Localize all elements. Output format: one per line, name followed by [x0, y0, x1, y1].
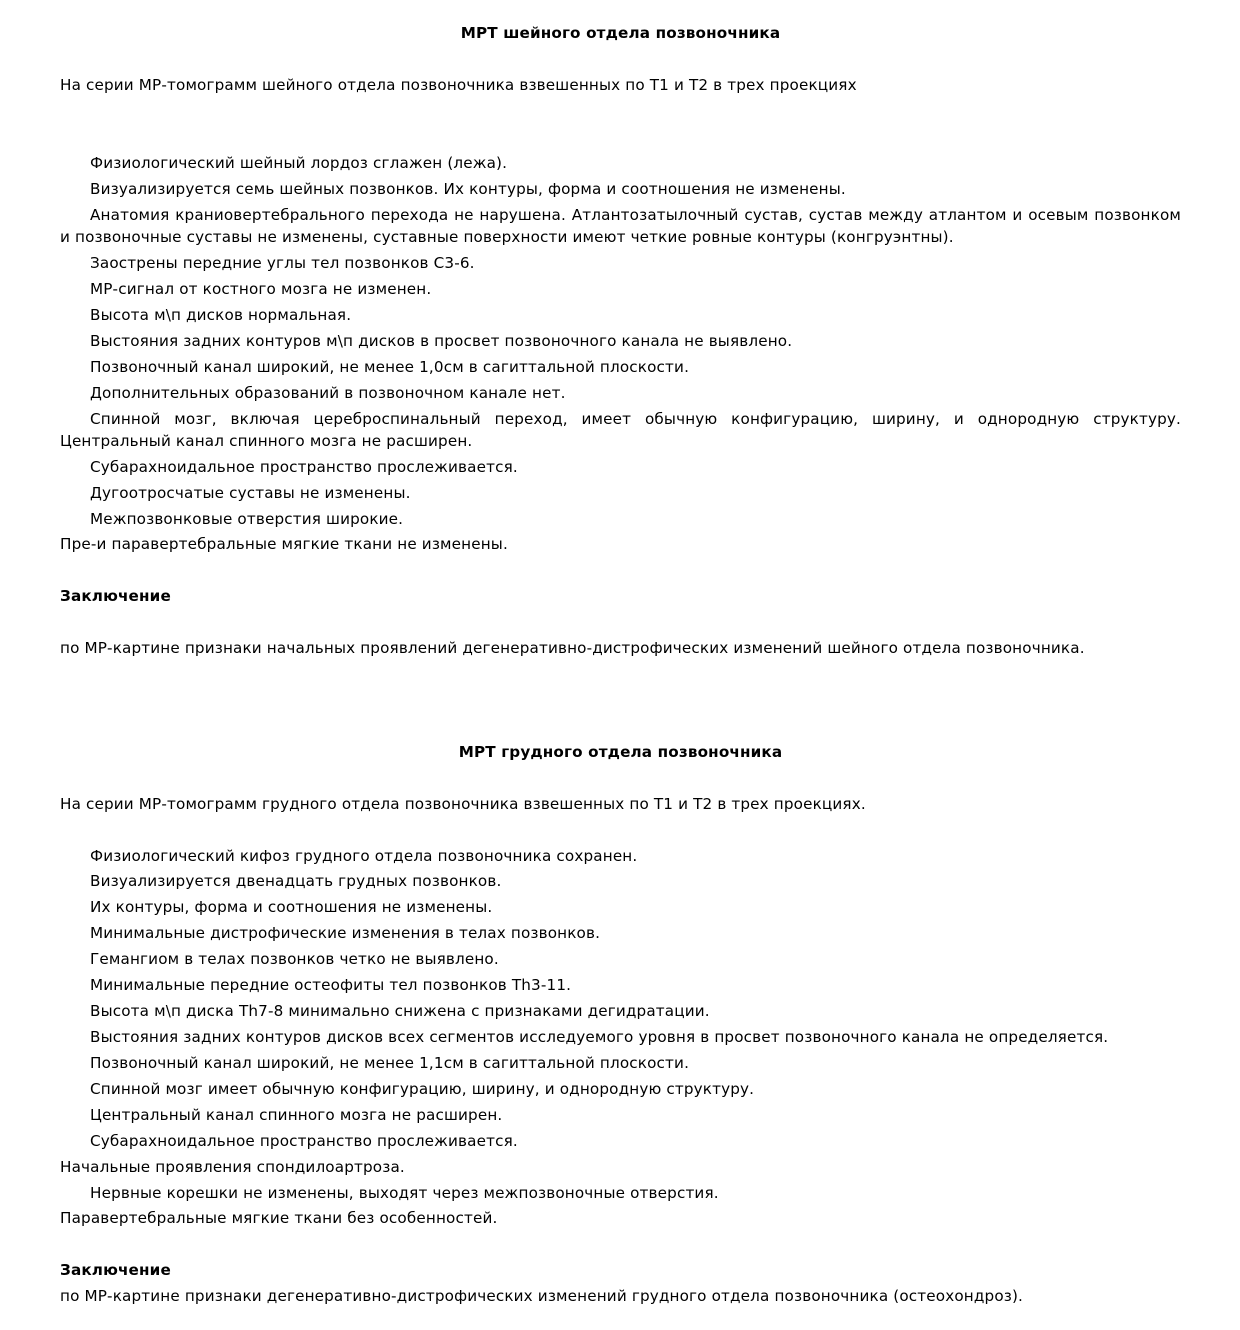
thoracic-finding: Нервные корешки не изменены, выходят чер… [90, 1183, 719, 1203]
thoracic-section-title: МРТ грудного отдела позвоночника [60, 742, 1181, 762]
cervical-finding: Дополнительных образований в позвоночном… [90, 383, 566, 403]
cervical-conclusion: по МР-картине признаки начальных проявле… [60, 638, 1085, 658]
thoracic-conclusion-label: Заключение [60, 1260, 171, 1280]
thoracic-finding: Минимальные передние остеофиты тел позво… [90, 975, 571, 995]
thoracic-conclusion: по МР-картине признаки дегенеративно-дис… [60, 1286, 1023, 1306]
thoracic-finding: Физиологический кифоз грудного отдела по… [90, 846, 637, 866]
thoracic-finding: Субарахноидальное пространство прослежив… [90, 1131, 518, 1151]
cervical-finding: Субарахноидальное пространство прослежив… [90, 457, 518, 477]
cervical-finding: Заострены передние углы тел позвонков С3… [90, 253, 475, 273]
cervical-finding: Высота м\п дисков нормальная. [90, 305, 351, 325]
thoracic-finding: Их контуры, форма и соотношения не измен… [90, 897, 492, 917]
thoracic-intro: На серии МР-томограмм грудного отдела по… [60, 794, 866, 814]
cervical-finding: Дугоотросчатые суставы не изменены. [90, 483, 411, 503]
thoracic-finding: Гемангиом в телах позвонков четко не выя… [90, 949, 499, 969]
thoracic-finding: Позвоночный канал широкий, не менее 1,1с… [90, 1053, 689, 1073]
cervical-intro: На серии МР-томограмм шейного отдела поз… [60, 75, 857, 95]
cervical-section-title: МРТ шейного отдела позвоночника [60, 23, 1181, 43]
cervical-finding: Анатомия краниовертебрального перехода н… [60, 204, 1181, 248]
cervical-finding: Межпозвонковые отверстия широкие. [90, 509, 403, 529]
thoracic-finding: Высота м\п диска Th7-8 минимально снижен… [90, 1001, 710, 1021]
thoracic-finding: Визуализируется двенадцать грудных позво… [90, 871, 501, 891]
thoracic-finding: Выстояния задних контуров дисков всех се… [90, 1027, 1108, 1047]
cervical-finding: Визуализируется семь шейных позвонков. И… [90, 179, 846, 199]
cervical-finding: Пре-и паравертебральные мягкие ткани не … [60, 534, 508, 554]
cervical-conclusion-label: Заключение [60, 586, 171, 606]
thoracic-finding: Паравертебральные мягкие ткани без особе… [60, 1208, 497, 1228]
thoracic-finding: Минимальные дистрофические изменения в т… [90, 923, 600, 943]
cervical-finding: Физиологический шейный лордоз сглажен (л… [90, 153, 507, 173]
cervical-finding: Спинной мозг, включая цереброспинальный … [60, 408, 1181, 452]
cervical-finding: МР-сигнал от костного мозга не изменен. [90, 279, 431, 299]
cervical-finding: Выстояния задних контуров м\п дисков в п… [90, 331, 792, 351]
thoracic-finding: Спинной мозг имеет обычную конфигурацию,… [90, 1079, 754, 1099]
thoracic-finding: Начальные проявления спондилоартроза. [60, 1157, 405, 1177]
thoracic-finding: Центральный канал спинного мозга не расш… [90, 1105, 502, 1125]
cervical-finding: Позвоночный канал широкий, не менее 1,0с… [90, 357, 689, 377]
